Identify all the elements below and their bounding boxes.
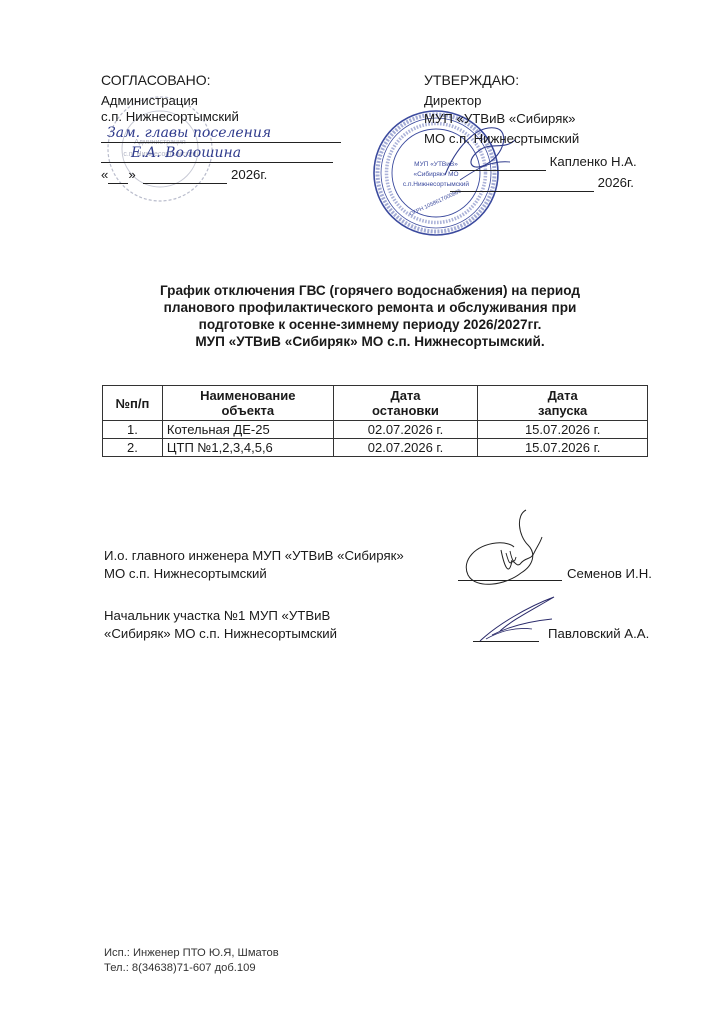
approval-org-line1: МУП «УТВиВ «Сибиряк»: [424, 110, 575, 127]
document-title: График отключения ГВС (горячего водоснаб…: [100, 282, 640, 350]
approval-signer-name: Капленко Н.А.: [550, 154, 637, 169]
document-footer: Исп.: Инженер ПТО Ю.Я, Шматов Тел.: 8(34…: [104, 946, 279, 976]
handwritten-position: Зам. главы поселения: [107, 125, 271, 141]
table-row: 2. ЦТП №1,2,3,4,5,6 02.07.2026 г. 15.07.…: [103, 439, 648, 457]
cell-number: 2.: [103, 439, 163, 457]
approval-heading: УТВЕРЖДАЮ:: [424, 72, 519, 89]
approval-org-line2: МО с.п. Нижнесртымский: [424, 130, 579, 147]
cell-start-date: 15.07.2026 г.: [478, 439, 648, 457]
header-object: Наименованиеобъекта: [162, 386, 333, 421]
signer-position-line1: Начальник участка №1 МУП «УТВиВ: [104, 607, 330, 624]
cell-stop-date: 02.07.2026 г.: [333, 439, 478, 457]
signer-position-line1: И.о. главного инженера МУП «УТВиВ «Сибир…: [104, 547, 404, 564]
signer-position-line2: МО с.п. Нижнесортымский: [104, 565, 267, 582]
approval-date-line: « » 2026г.: [101, 166, 267, 184]
signature-line: Е.А. Волошина: [101, 144, 333, 163]
handwritten-name: Е.А. Волошина: [131, 145, 241, 161]
cell-stop-date: 02.07.2026 г.: [333, 421, 478, 439]
header-stop-date: Датаостановки: [333, 386, 478, 421]
header-start-date: Датазапуска: [478, 386, 648, 421]
signature-block-2: Начальник участка №1 МУП «УТВиВ «Сибиряк…: [104, 607, 684, 647]
table-header-row: №п/п Наименованиеобъекта Датаостановки Д…: [103, 386, 648, 421]
signature-line: [458, 563, 562, 581]
approval-org-line2: с.п. Нижнесортымский: [101, 108, 239, 125]
executor-phone: Тел.: 8(34638)71-607 доб.109: [104, 961, 279, 976]
cell-start-date: 15.07.2026 г.: [478, 421, 648, 439]
signer-position-line2: «Сибиряк» МО с.п. Нижнесортымский: [104, 625, 337, 642]
header-number: №п/п: [103, 386, 163, 421]
signature-line: [473, 624, 539, 642]
approval-block-left: Администрация с.п. Нижнесортымский СОГЛА…: [101, 72, 361, 202]
engineer-signature-icon: [456, 505, 566, 595]
schedule-table: №п/п Наименованиеобъекта Датаостановки Д…: [102, 385, 648, 457]
table-row: 1. Котельная ДЕ-25 02.07.2026 г. 15.07.2…: [103, 421, 648, 439]
cell-object: Котельная ДЕ-25: [162, 421, 333, 439]
approval-date-line: 2026г.: [450, 174, 634, 192]
signature-line: Зам. главы поселения: [101, 124, 341, 143]
approval-block-right: МУП «УТВиВ» «Сибиряк» МО с.п.Нижнесортым…: [365, 70, 665, 250]
approval-heading: СОГЛАСОВАНО:: [101, 72, 211, 89]
signer-name: Павловский А.А.: [548, 625, 649, 642]
signer-name: Семенов И.Н.: [567, 565, 652, 582]
approval-position: Директор: [424, 92, 481, 109]
signature-block-1: И.о. главного инженера МУП «УТВиВ «Сибир…: [104, 540, 684, 590]
approval-year: 2026г.: [598, 175, 634, 190]
cell-number: 1.: [103, 421, 163, 439]
approval-signer-line: Капленко Н.А.: [450, 153, 637, 171]
executor-info: Исп.: Инженер ПТО Ю.Я, Шматов: [104, 946, 279, 961]
cell-object: ЦТП №1,2,3,4,5,6: [162, 439, 333, 457]
approval-org-line1: Администрация: [101, 92, 198, 109]
approval-year: 2026г.: [231, 167, 267, 182]
